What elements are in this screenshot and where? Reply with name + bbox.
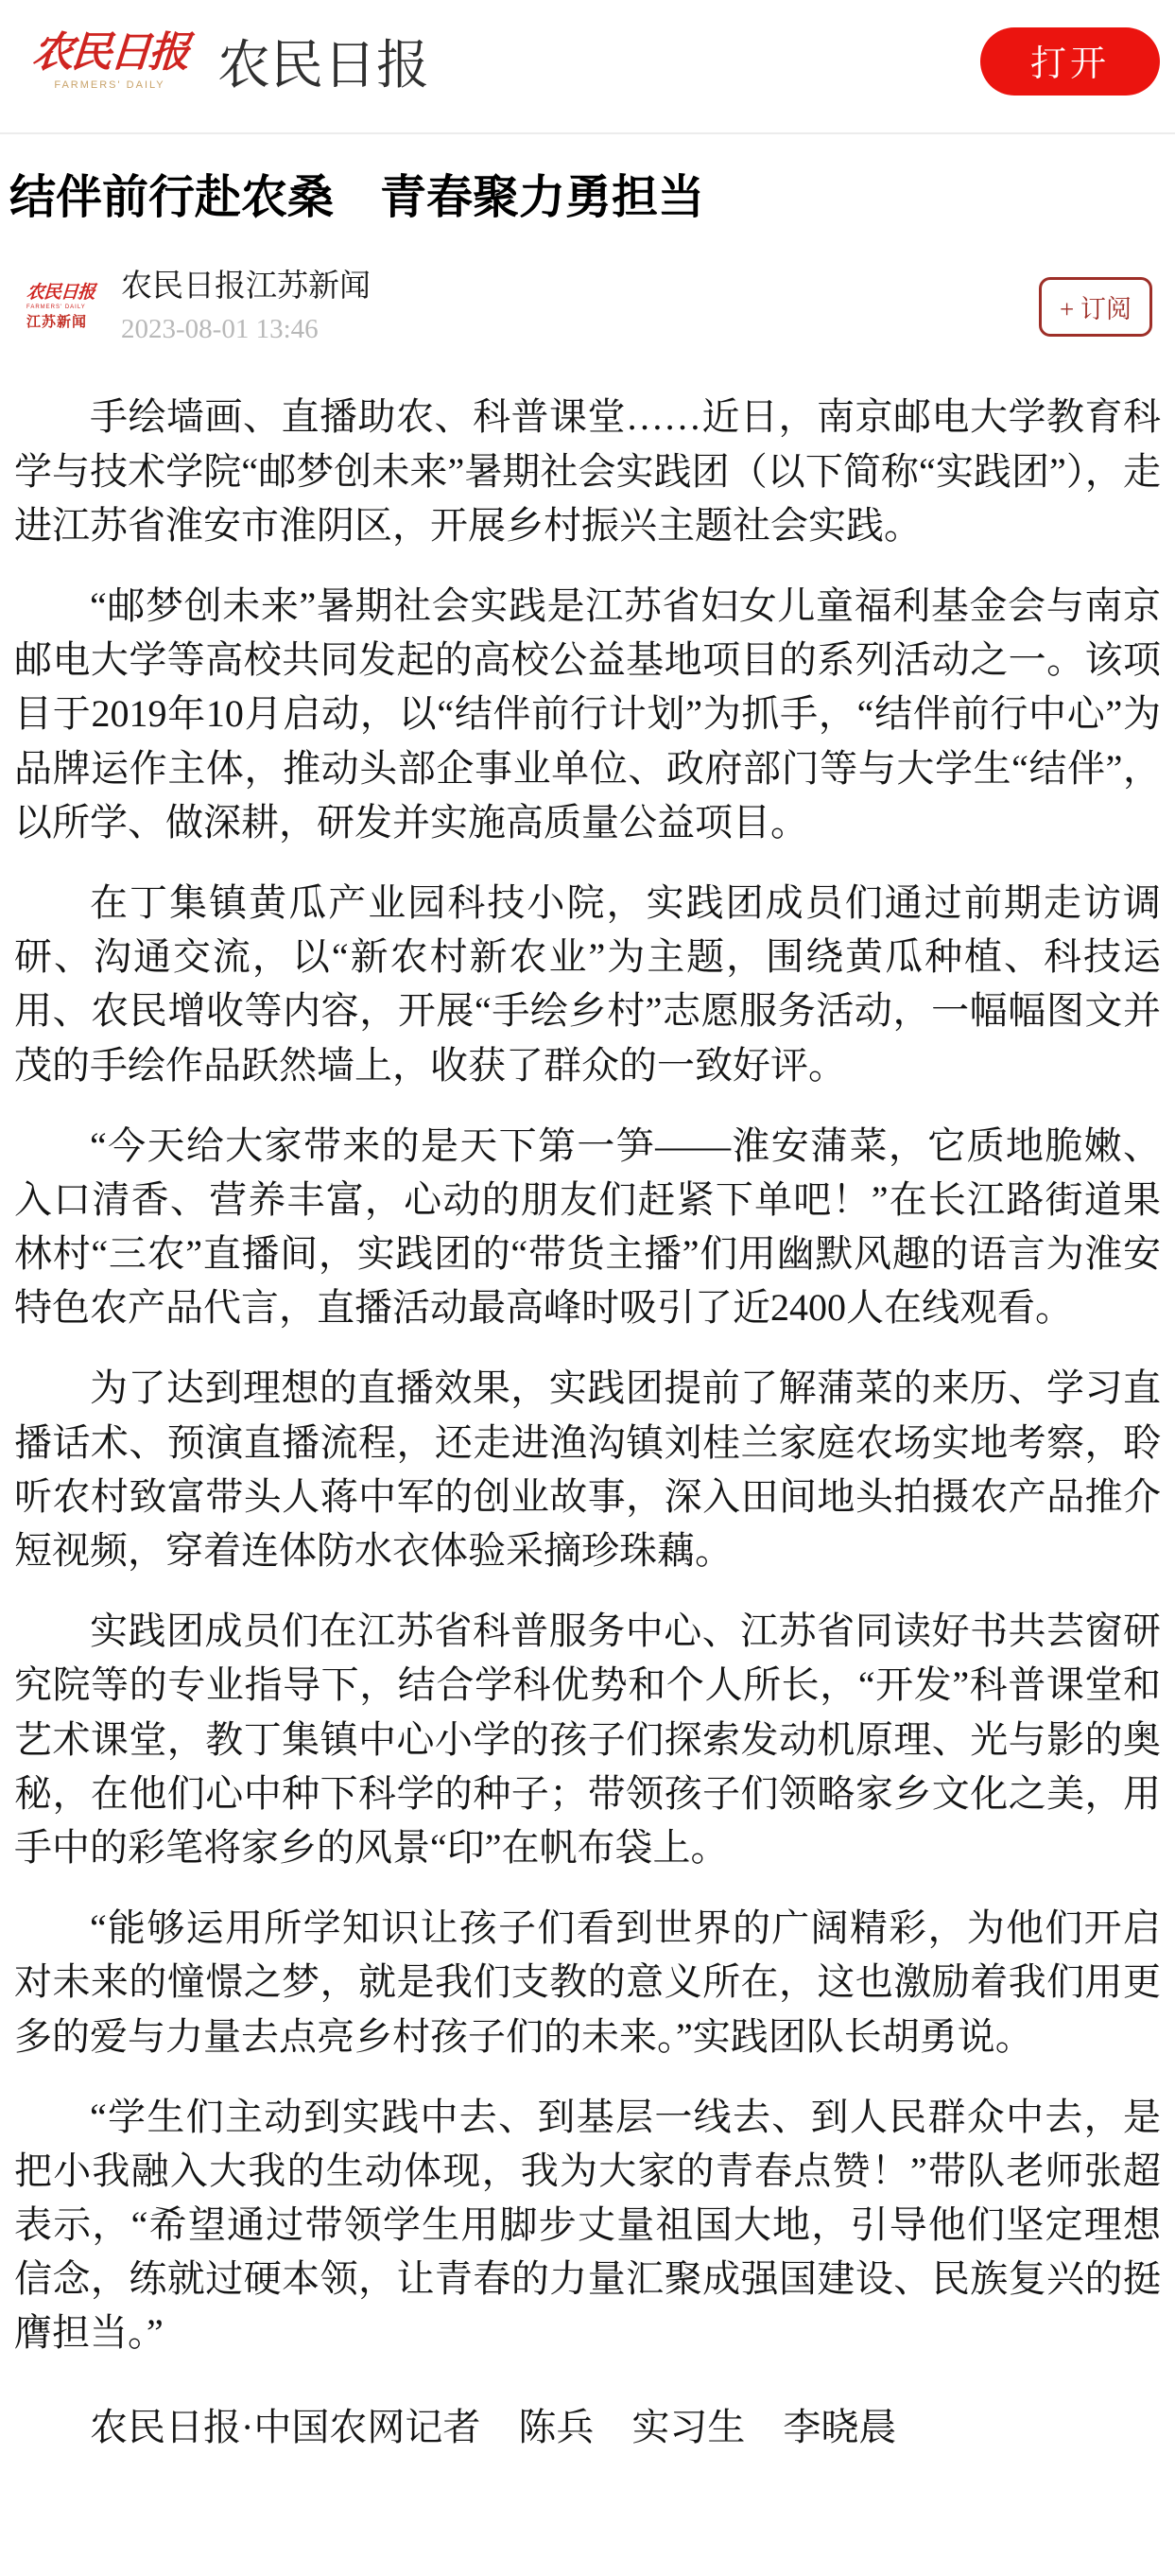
article-title: 结伴前行赴农桑 青春聚力勇担当	[9, 168, 1162, 226]
avatar-region-text: 江苏新闻	[26, 316, 95, 330]
author-avatar[interactable]: 农民日报 FARMERS' DAILY 江苏新闻	[26, 284, 95, 330]
paragraph: 实践团成员们在江苏省科普服务中心、江苏省同读好书共芸窗研究院等的专业指导下，结合…	[14, 1604, 1161, 1874]
author-row: 农民日报 FARMERS' DAILY 江苏新闻 农民日报江苏新闻 2023-0…	[26, 270, 1152, 344]
article-page: 农民日报 FARMERS' DAILY 农民日报 打开 结伴前行赴农桑 青春聚力…	[0, 0, 1175, 2576]
paragraph: 在丁集镇黄瓜产业园科技小院，实践团成员们通过前期走访调研、沟通交流，以“新农村新…	[14, 876, 1161, 1092]
logo-calligraphy-text: 农民日报	[30, 32, 188, 74]
paragraph: 手绘墙画、直播助农、科普课堂……近日，南京邮电大学教育科学与技术学院“邮梦创未来…	[14, 390, 1161, 552]
avatar-english-caption: FARMERS' DAILY	[26, 305, 95, 310]
reporter-byline: 农民日报·中国农网记者 陈兵 实习生 李晓晨	[14, 2400, 1161, 2454]
author-meta: 农民日报江苏新闻 2023-08-01 13:46	[121, 270, 371, 344]
app-name: 农民日报	[217, 24, 429, 99]
article-body: 手绘墙画、直播助农、科普课堂……近日，南京邮电大学教育科学与技术学院“邮梦创未来…	[14, 390, 1161, 2453]
paragraph: 为了达到理想的直播效果，实践团提前了解蒲菜的来历、学习直播话术、预演直播流程，还…	[14, 1361, 1161, 1577]
avatar-calligraphy-text: 农民日报	[26, 284, 95, 302]
paragraph: “学生们主动到实践中去、到基层一线去、到人民群众中去，是把小我融入大我的生动体现…	[14, 2090, 1161, 2360]
paragraph: “能够运用所学知识让孩子们看到世界的广阔精彩，为他们开启对未来的憧憬之梦，就是我…	[14, 1901, 1161, 2063]
open-app-button[interactable]: 打开	[980, 27, 1160, 96]
brand: 农民日报 FARMERS' DAILY 农民日报	[32, 24, 429, 99]
paragraph: “今天给大家带来的是天下第一笋——淮安蒲菜，它质地脆嫩、入口清香、营养丰富，心动…	[14, 1119, 1161, 1335]
subscribe-button[interactable]: + 订阅	[1039, 277, 1152, 337]
paragraph: “邮梦创未来”暑期社会实践是江苏省妇女儿童福利基金会与南京邮电大学等高校共同发起…	[14, 579, 1161, 849]
author-name: 农民日报江苏新闻	[121, 270, 371, 304]
app-download-banner: 农民日报 FARMERS' DAILY 农民日报 打开	[0, 0, 1175, 134]
logo-english-caption: FARMERS' DAILY	[54, 80, 164, 91]
farmers-daily-logo: 农民日报 FARMERS' DAILY	[32, 32, 187, 91]
publish-date: 2023-08-01 13:46	[121, 315, 371, 345]
